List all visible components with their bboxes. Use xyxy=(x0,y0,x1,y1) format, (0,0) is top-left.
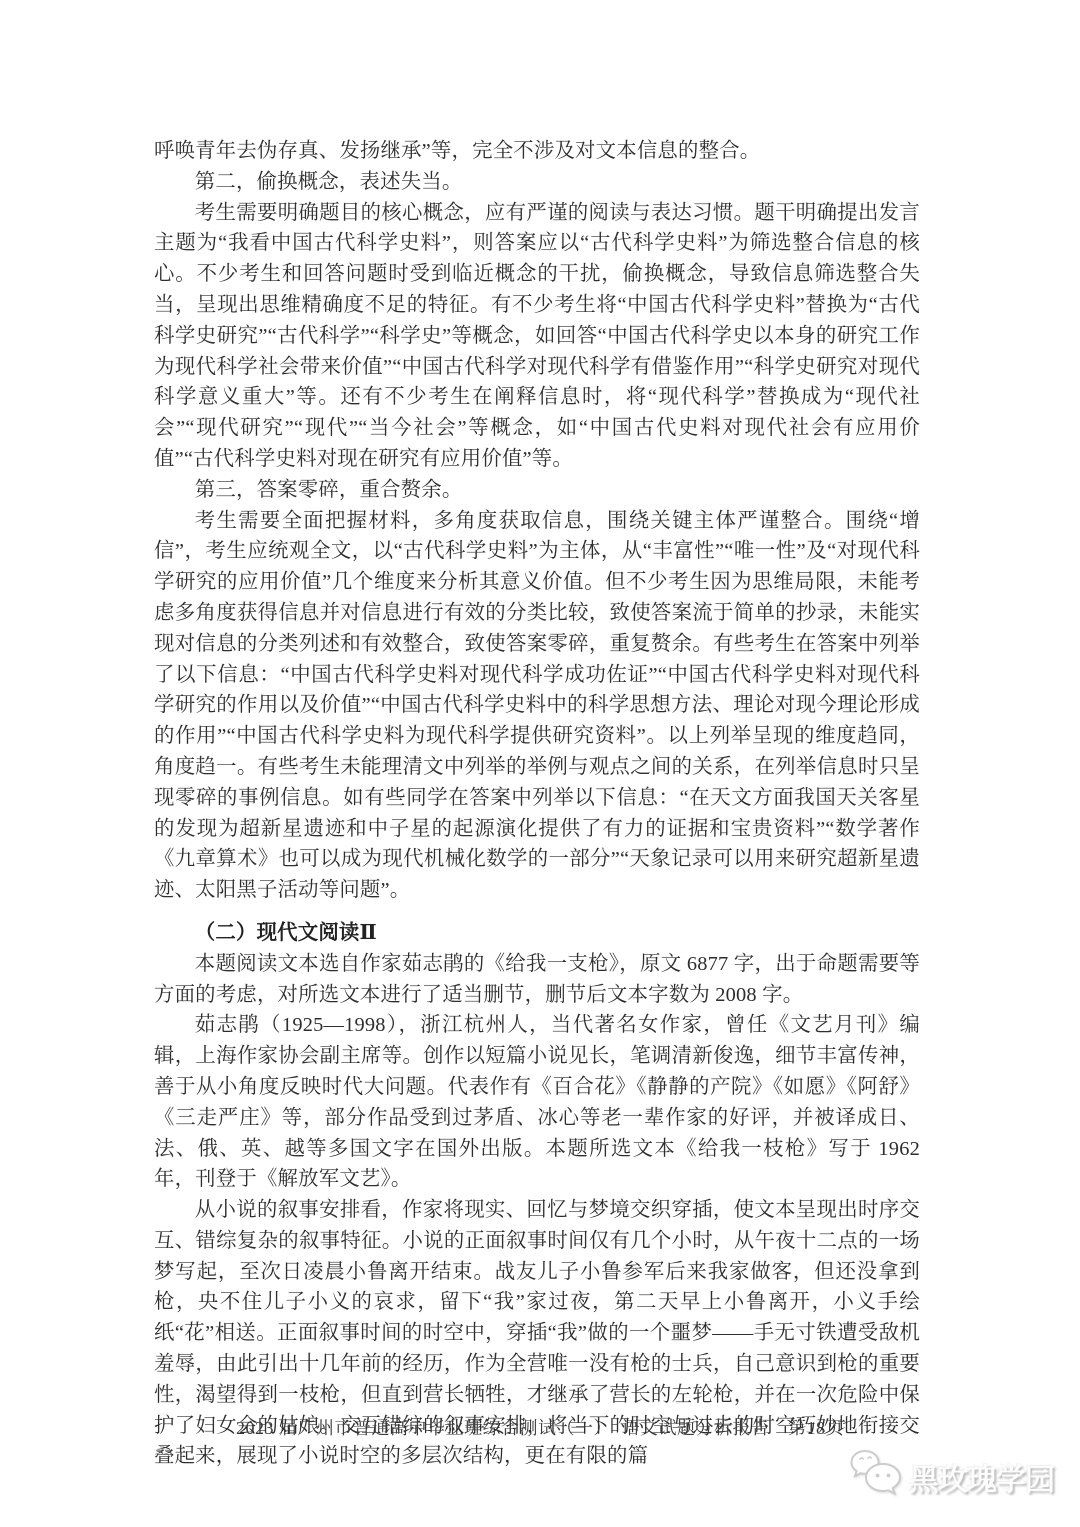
footer-text: 2023 届广州市普通高中毕业班综合测试（一） 语文试题分析报告 第18页 xyxy=(236,1418,844,1438)
body-paragraph: 第二，偷换概念，表述失当。 xyxy=(154,167,920,198)
document-page: 呼唤青年去伪存真、发扬继承”等，完全不涉及对文本信息的整合。第二，偷换概念，表述… xyxy=(0,0,1080,1527)
wechat-icon xyxy=(849,1448,903,1507)
page-footer: 2023 届广州市普通高中毕业班综合测试（一） 语文试题分析报告 第18页 xyxy=(0,1414,1080,1440)
body-paragraph: 本题阅读文本选自作家茹志鹃的《给我一支枪》，原文 6877 字，出于命题需要等方… xyxy=(154,949,920,1011)
watermark-text: 黑玫瑰学园 xyxy=(909,1455,1054,1499)
watermark: 黑玫瑰学园 xyxy=(849,1448,1054,1506)
body-paragraph: 第三，答案零碎，重合赘余。 xyxy=(154,475,920,506)
body-paragraph: 考生需要全面把握材料，多角度获取信息，围绕关键主体严谨整合。围绕“增信”，考生应… xyxy=(154,506,920,906)
body-paragraph: 呼唤青年去伪存真、发扬继承”等，完全不涉及对文本信息的整合。 xyxy=(154,136,920,167)
document-body: 呼唤青年去伪存真、发扬继承”等，完全不涉及对文本信息的整合。第二，偷换概念，表述… xyxy=(154,136,920,1472)
body-paragraph: 考生需要明确题目的核心概念，应有严谨的阅读与表达习惯。题干明确提出发言主题为“我… xyxy=(154,198,920,475)
body-paragraph: 茹志鹃（1925—1998），浙江杭州人，当代著名女作家，曾任《文艺月刊》编辑，… xyxy=(154,1010,920,1195)
section-heading: （二）现代文阅读Ⅱ xyxy=(154,918,920,949)
